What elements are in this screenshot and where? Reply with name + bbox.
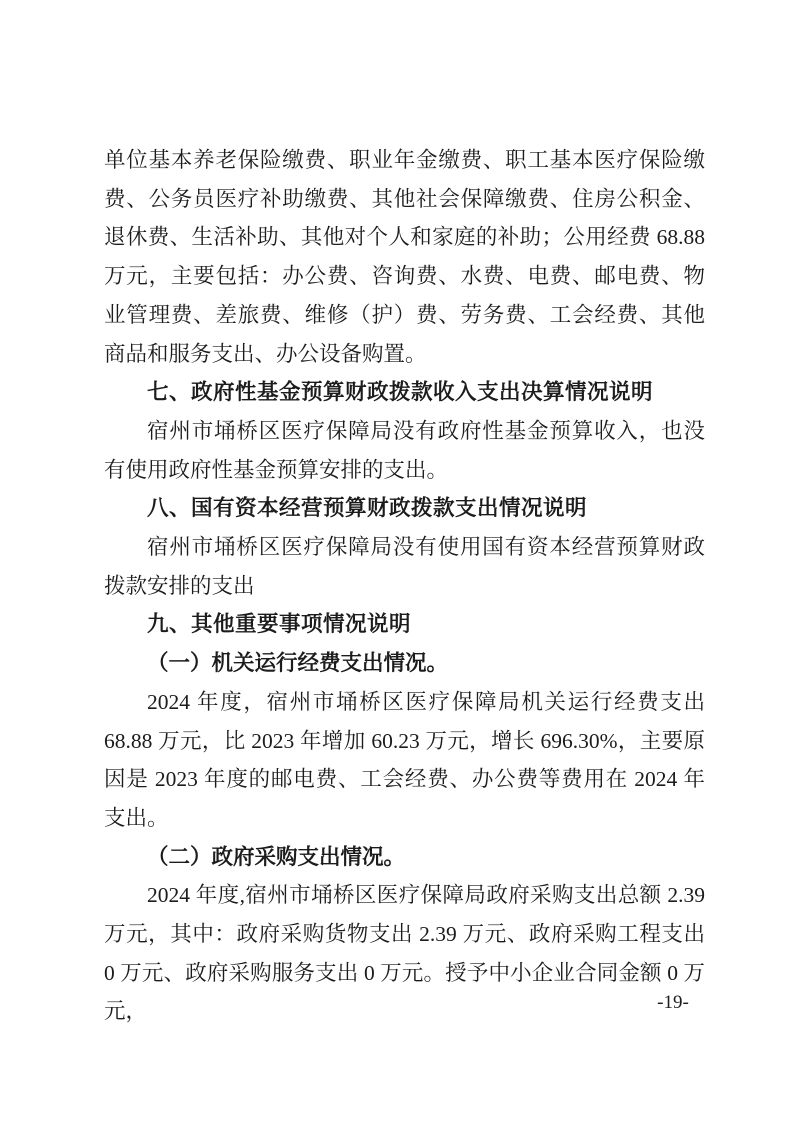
subsection-heading-9-2: （二）政府采购支出情况。 <box>104 838 705 877</box>
section-heading-7: 七、政府性基金预算财政拨款收入支出决算情况说明 <box>104 373 705 412</box>
page-number: -19- <box>648 992 698 1014</box>
document-body: 单位基本养老保险缴费、职业年金缴费、职工基本医疗保险缴费、公务员医疗补助缴费、其… <box>104 141 705 1031</box>
paragraph-government-fund: 宿州市埇桥区医疗保障局没有政府性基金预算收入，也没有使用政府性基金预算安排的支出… <box>104 412 705 489</box>
paragraph-government-procurement: 2024 年度,宿州市埇桥区医疗保障局政府采购支出总额 2.39 万元，其中：政… <box>104 876 705 1031</box>
paragraph-basic-expenditure-continued: 单位基本养老保险缴费、职业年金缴费、职工基本医疗保险缴费、公务员医疗补助缴费、其… <box>104 141 705 373</box>
section-heading-9: 九、其他重要事项情况说明 <box>104 605 705 644</box>
section-heading-8: 八、国有资本经营预算财政拨款支出情况说明 <box>104 489 705 528</box>
paragraph-operating-expenses: 2024 年度，宿州市埇桥区医疗保障局机关运行经费支出 68.88 万元，比 2… <box>104 683 705 838</box>
subsection-heading-9-1: （一）机关运行经费支出情况。 <box>104 644 705 683</box>
paragraph-state-capital: 宿州市埇桥区医疗保障局没有使用国有资本经营预算财政拨款安排的支出 <box>104 528 705 605</box>
document-page: 单位基本养老保险缴费、职业年金缴费、职工基本医疗保险缴费、公务员医疗补助缴费、其… <box>0 0 793 1122</box>
